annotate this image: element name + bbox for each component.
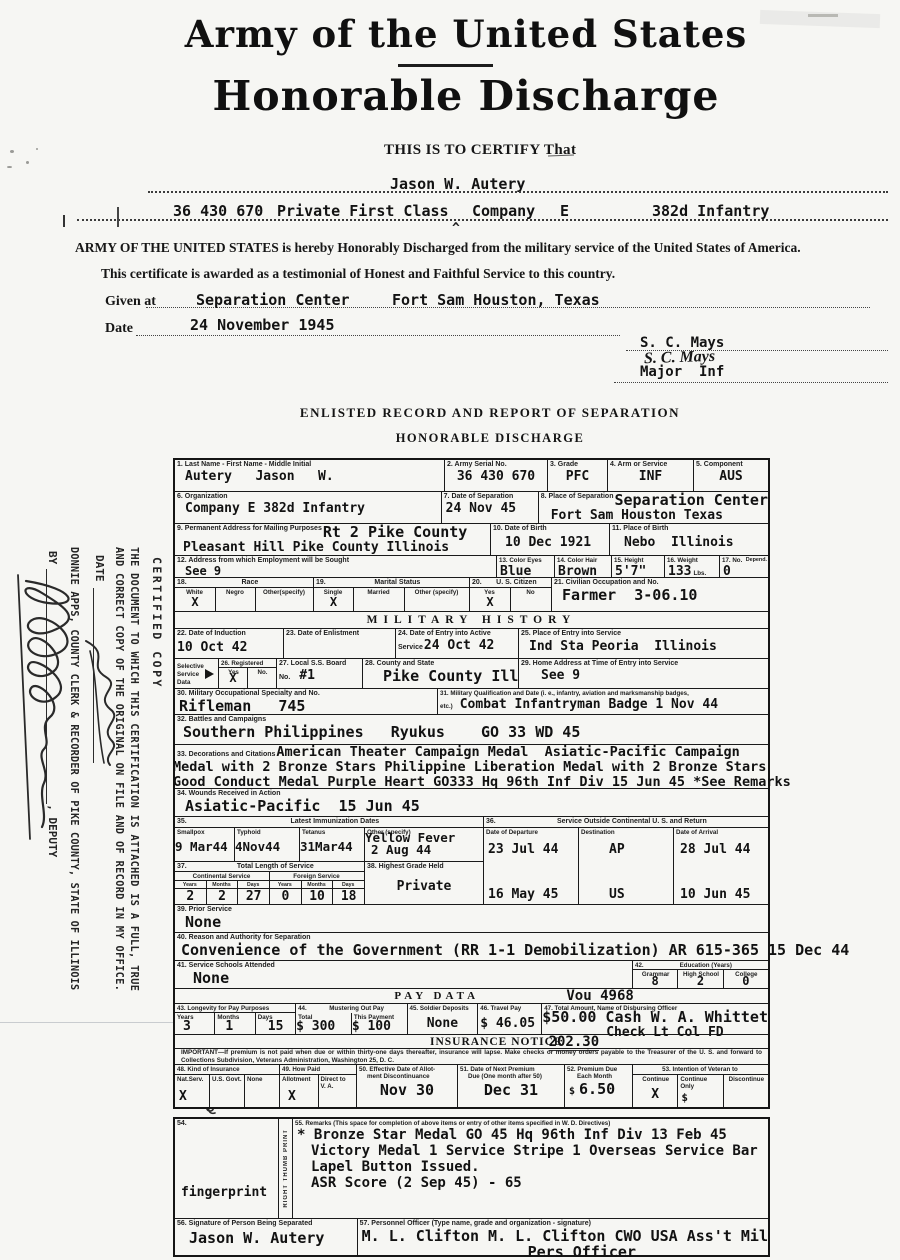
box44-title: Mustering Out Pay [308, 1004, 407, 1013]
box42-college-value: 0 [742, 976, 749, 986]
title-divider [398, 64, 493, 67]
box2-serial-no: 2. Army Serial No. 36 430 670 [445, 460, 548, 491]
box42-col-college: College 0 [724, 970, 768, 988]
box44-col-total: Total $ 300 [296, 1013, 352, 1034]
box43-col-months: Months 1 [215, 1013, 255, 1034]
given-at-rule [146, 307, 870, 308]
box48-label: 48. Kind of Insurance [175, 1065, 279, 1075]
box14-label: 14. Color Hair [555, 556, 611, 564]
box48-kind-insurance: 48. Kind of Insurance Nat.Serv. X U.S. G… [175, 1065, 280, 1107]
box19-number: 19. [314, 578, 327, 587]
box48-col-usgovt: U.S. Govt. [210, 1075, 245, 1107]
box24-value: 24 Oct 42 [424, 638, 494, 653]
box42-grammar-value: 8 [652, 976, 659, 986]
box50-value: Nov 30 [357, 1082, 457, 1098]
box19-title: Marital Status [327, 578, 469, 587]
box24-entry-active-service: 24. Date of Entry into Active Service 24… [396, 629, 519, 658]
service-grade: Private First Class [277, 202, 449, 220]
box4-label: 4. Arm or Service [608, 460, 693, 469]
box20-title: U. S. Citizen [483, 578, 551, 587]
box33-label: 33. Decorations and Citations [175, 750, 276, 759]
box49-allotment-label: Allotment [280, 1075, 312, 1083]
box45-value: None [408, 1016, 478, 1031]
box15-label: 15. Height [612, 556, 664, 564]
box37-days1-label: Days [238, 881, 270, 888]
box36-destination-r1: AP [579, 842, 625, 857]
box37-continental-label: Continental Service [175, 872, 270, 880]
box55-line2: Victory Medal 1 Service Stripe 1 Oversea… [293, 1143, 768, 1159]
box36-col-arrival: Date of Arrival 28 Jul 44 10 Jun 45 [674, 828, 768, 904]
box20-us-citizen: 20. U. S. Citizen Yes X No [470, 578, 552, 611]
box37-continental-months: 2 [207, 889, 239, 904]
box37-number: 37. [175, 862, 188, 871]
box42-col-grammar: Grammar 8 [633, 970, 678, 988]
box54-fingerprint-note: fingerprint [175, 1185, 278, 1200]
box18-white-mark: X [191, 596, 198, 608]
box53-col-continue: Continue X [633, 1075, 678, 1107]
box55-line4: ASR Score (2 Sep 45) - 65 [293, 1175, 768, 1191]
pen-caret: ^ [452, 221, 460, 236]
box10-date-of-birth: 10. Date of Birth 10 Dec 1921 [491, 524, 610, 555]
certificate-title: Army of the United States [116, 12, 816, 56]
box37-continental-years: 2 [175, 889, 207, 904]
ss-label2: Service [175, 670, 205, 678]
box48-col-natserv: Nat.Serv. X [175, 1075, 210, 1107]
box46-label: 46. Travel Pay [478, 1004, 541, 1012]
box24-label: 24. Date of Entry into Active [396, 629, 518, 638]
box14-color-hair: 14. Color Hair Brown [555, 556, 612, 577]
box57-personnel-officer: 57. Personnel Officer (Type name, grade … [358, 1219, 768, 1255]
box33-line1: American Theater Campaign Medal Asiatic-… [276, 745, 739, 760]
box23-date-enlistment: 23. Date of Enlistment [284, 629, 396, 658]
box19-other-label: Other (specify) [415, 588, 460, 596]
box37-years1-label: Years [175, 881, 207, 888]
box36-arrival-label: Date of Arrival [674, 828, 719, 836]
box35-smallpox-label: Smallpox [175, 828, 206, 836]
box50-label2: ment Discontinuance [357, 1072, 457, 1080]
box54-thumbprint-area: 54. fingerprint [175, 1119, 279, 1218]
box35-number: 35. [175, 817, 188, 827]
box31-label2: etc.) [438, 702, 454, 710]
box56-label: 56. Signature of Person Being Separated [175, 1219, 357, 1228]
box43-months-value: 1 [215, 1019, 233, 1034]
box13-value: Blue [497, 564, 554, 579]
box36-service-outside: 36. Service Outside Continental U. S. an… [484, 817, 768, 904]
box27-value: #1 [291, 668, 315, 683]
remarks-signature-block: 54. fingerprint RIGHT THUMB PRINT 55. Re… [173, 1117, 770, 1257]
box22-date-induction: 22. Date of Induction 10 Oct 42 [175, 629, 284, 658]
important-text: IMPORTANT—If premium is not paid when du… [175, 1049, 768, 1064]
box38-value: Private [365, 879, 483, 894]
box17-label2: Depend. [744, 556, 768, 564]
box17-value: 0 [720, 564, 768, 579]
box51-value: Dec 31 [458, 1082, 564, 1098]
right-thumb-print-label: RIGHT THUMB PRINT [283, 1129, 289, 1208]
box30-mos: 30. Military Occupational Specialty and … [175, 689, 438, 714]
box36-number: 36. [484, 817, 497, 827]
box9-value-line1: Rt 2 Pike County [323, 524, 468, 540]
box25-place-entry: 25. Place of Entry into Service Ind Sta … [519, 629, 768, 658]
box11-label: 11. Place of Birth [610, 524, 768, 533]
box4-value: INF [608, 469, 693, 484]
certificate-subtitle: Honorable Discharge [116, 72, 816, 120]
box28-county-state: 28. County and State Pike County Ill [363, 659, 519, 688]
box18-race: 18. Race White X Negro Other(specify) [175, 578, 314, 611]
box5-component: 5. Component AUS [694, 460, 768, 491]
name-rule [148, 191, 888, 193]
box35-col-tetanus: Tetanus 31Mar44 [300, 828, 365, 861]
box18-negro-label: Negro [226, 588, 245, 596]
box55-line1: * Bronze Star Medal GO 45 Hq 96th Inf Di… [293, 1127, 768, 1143]
box26-col-no: No. [248, 668, 276, 688]
box36-arrival-r2: 10 Jun 45 [674, 887, 750, 902]
box21-value: Farmer 3-06.10 [552, 587, 768, 603]
box36-title: Service Outside Continental U. S. and Re… [497, 817, 768, 827]
box49-direct-label2: V. A. [319, 1082, 335, 1090]
pay-data-voucher: Vou 4968 [566, 989, 633, 1004]
box20-yes-mark: X [486, 596, 493, 608]
box5-label: 5. Component [694, 460, 768, 469]
box4-arm-service: 4. Arm or Service INF [608, 460, 694, 491]
box35-smallpox-value: 9 Mar44 [175, 839, 228, 854]
box36-col-destination: Destination AP US [579, 828, 674, 904]
date-label: Date [105, 321, 133, 337]
box48-natserv-mark: X [175, 1089, 187, 1104]
box44-number: 44. [296, 1004, 308, 1013]
box43-label: 43. Longevity for Pay Purposes [175, 1004, 295, 1013]
box55-label: 55. Remarks (This space for completion o… [293, 1119, 768, 1127]
box53-col-continue-only: Continue Only $ [678, 1075, 723, 1107]
box25-label: 25. Place of Entry into Service [519, 629, 768, 638]
box57-line1: M. L. Clifton M. L. Clifton CWO USA Ass'… [358, 1228, 768, 1244]
box31-value: Combat Infantryman Badge 1 Nov 44 [454, 697, 718, 712]
box3-value: PFC [548, 469, 607, 484]
box35-other-value2: 2 Aug 44 [365, 844, 431, 856]
military-history-title: MILITARY HISTORY [367, 614, 577, 626]
insurance-notice-title: INSURANCE NOTICE [430, 1036, 563, 1048]
box26-yes-mark: X [229, 673, 236, 683]
box22-value: 10 Oct 42 [175, 640, 283, 655]
box9-value-line2: Pleasant Hill Pike County Illinois [175, 540, 490, 555]
selective-service-data-cell: Selective Service Data [175, 659, 219, 688]
box35-typhoid-value: 4Nov44 [235, 839, 280, 854]
box19-col-other: Other (specify) [405, 588, 469, 611]
box51-next-premium-due: 51. Date of Next Premium Due (One month … [458, 1065, 565, 1107]
box54-number: 54. [175, 1119, 278, 1128]
box40-reason-separation: 40. Reason and Authority for Separation … [175, 933, 849, 960]
box56-value: Jason W. Autery [175, 1230, 357, 1246]
box37-months2-label: Months [302, 881, 334, 888]
box36-departure-label: Date of Departure [484, 828, 539, 836]
box13-label: 13. Color Eyes [497, 556, 554, 564]
handwritten-signature-scrawl [10, 563, 142, 893]
box9-mailing-address: 9. Permanent Address for Mailing Purpose… [175, 524, 491, 555]
box49-col-direct: Direct to V. A. [319, 1075, 357, 1107]
box2-label: 2. Army Serial No. [445, 460, 547, 469]
box12-label: 12. Address from which Employment will b… [175, 556, 496, 565]
box14-value: Brown [555, 564, 611, 579]
insurance-important-notice: IMPORTANT—If premium is not paid when du… [175, 1049, 768, 1064]
date-rule [136, 335, 620, 336]
box40-value: Convenience of the Government (RR 1-1 De… [175, 942, 849, 958]
box35-col-typhoid: Typhoid 4Nov44 [235, 828, 300, 861]
box19-marital-status: 19. Marital Status Single X Married Othe… [314, 578, 470, 611]
box35-title: Latest Immunization Dates [188, 817, 483, 827]
box35-col-smallpox: Smallpox 9 Mar44 [175, 828, 235, 861]
signature-rank-rule [614, 382, 888, 383]
box37-months1-label: Months [207, 881, 239, 888]
box15-value: 5'7" [612, 564, 664, 579]
box24-label2: Service [396, 643, 424, 652]
service-regiment: 382d Infantry [652, 202, 769, 220]
box26-col-yes: Yes X [219, 668, 248, 688]
box18-other-label: Other(specify) [263, 588, 306, 596]
box8-place-separation: 8. Place of Separation Separation Center… [539, 492, 768, 523]
box25-value: Ind Sta Peoria Illinois [519, 639, 768, 654]
box55-remarks: 55. Remarks (This space for completion o… [293, 1119, 768, 1218]
box43-days-value: 15 [256, 1019, 284, 1034]
box12-employment-address: 12. Address from which Employment will b… [175, 556, 497, 577]
box49-how-paid: 49. How Paid Allotment X Direct to V. A. [280, 1065, 357, 1107]
box6-label: 6. Organization [175, 492, 441, 501]
box51-label2: Due (One month after 50) [458, 1072, 564, 1080]
box27-label: 27. Local S.S. Board [277, 659, 362, 668]
box19-married-label: Married [367, 588, 390, 596]
box16-label: 16. Weight [665, 556, 719, 564]
box10-label: 10. Date of Birth [491, 524, 609, 533]
box41-value: None [175, 970, 632, 986]
testimonial-statement: This certificate is awarded as a testimo… [101, 266, 615, 282]
box8-label: 8. Place of Separation [539, 492, 615, 501]
box53-continue-mark: X [651, 1087, 659, 1102]
box48-usgovt-label: U.S. Govt. [210, 1075, 243, 1083]
box34-value: Asiatic-Pacific 15 Jun 45 [175, 798, 768, 814]
box41-service-schools: 41. Service Schools Attended None [175, 961, 633, 988]
service-rule [77, 219, 888, 221]
box35-tetanus-label: Tetanus [300, 828, 326, 836]
scan-speck [10, 150, 14, 153]
box39-prior-service: 39. Prior Service None [175, 905, 768, 932]
box36-destination-label: Destination [579, 828, 616, 836]
box38-highest-grade: 38. Highest Grade Held Private [365, 862, 483, 904]
box1-value: Autery Jason W. [175, 469, 444, 484]
box19-col-single: Single X [314, 588, 354, 611]
pay-data-band: PAY DATA Vou 4968 [175, 989, 768, 1004]
scanned-discharge-document: Army of the United States Honorable Disc… [0, 0, 900, 1260]
box29-value: See 9 [519, 668, 768, 683]
box7-label: 7. Date of Separation [442, 492, 538, 501]
box37-total-length-service: 37. Total Length of Service Continental … [175, 862, 365, 904]
right-thumb-print-strip: RIGHT THUMB PRINT [279, 1119, 293, 1218]
box27-label2: No. [277, 673, 291, 682]
ss-label3: Data [175, 678, 205, 686]
box50-allotment-discontinuance: 50. Effective Date of Allot- ment Discon… [357, 1065, 458, 1107]
box37-foreign-years: 0 [270, 889, 302, 904]
box23-label: 23. Date of Enlistment [284, 629, 395, 638]
box42-education: 42. Education (Years) Grammar 8 High Sch… [633, 961, 768, 988]
box46-value: $ 46.05 [478, 1016, 541, 1031]
box11-place-of-birth: 11. Place of Birth Nebo Illinois [610, 524, 768, 555]
box30-value: Rifleman 745 [175, 698, 437, 714]
box48-col-none: None [245, 1075, 279, 1107]
box47-total-amount: 47. Total Amount, Name of Disbursing Off… [542, 1004, 768, 1034]
box16-value: 133 [665, 564, 691, 579]
box38-label: 38. Highest Grade Held [365, 862, 483, 871]
selective-service-arrow-icon [205, 669, 214, 679]
box35-immunization: 35. Latest Immunization Dates Smallpox 9… [175, 817, 483, 862]
box36-departure-r1: 23 Jul 44 [484, 842, 558, 857]
box44-total-value: $ 300 [296, 1019, 335, 1034]
box7-value: 24 Nov 45 [442, 501, 538, 516]
military-history-band: MILITARY HISTORY [175, 612, 768, 629]
box32-value: Southern Philippines Ryukus GO 33 WD 45 [175, 724, 768, 740]
box27-local-board: 27. Local S.S. Board No. #1 [277, 659, 363, 688]
box37-continental-days: 27 [238, 889, 270, 904]
box17-label: 17. No. [720, 556, 743, 564]
box19-single-mark: X [330, 596, 337, 608]
box18-col-other: Other(specify) [256, 588, 313, 611]
box52-dollar-sign: $ [565, 1084, 575, 1099]
box49-allotment-mark: X [280, 1089, 296, 1104]
box48-none-label: None [245, 1075, 263, 1083]
box29-home-address: 29. Home Address at Time of Entry into S… [519, 659, 768, 688]
box52-value: 6.50 [575, 1081, 615, 1097]
box33-line2: Medal with 2 Bronze Stars Philippine Lib… [173, 760, 791, 775]
scan-speck [7, 166, 12, 168]
box56-signature-separated: 56. Signature of Person Being Separated … [175, 1219, 358, 1255]
insurance-notice-band: INSURANCE NOTICE 202.30 [175, 1035, 768, 1049]
box43-col-years: Years 3 [175, 1013, 215, 1034]
box8-value-line2: Fort Sam Houston Texas [539, 508, 768, 523]
box15-height: 15. Height 5'7" [612, 556, 665, 577]
box37-years2-label: Years [270, 881, 302, 888]
box52-premium-due: 52. Premium Due Each Month $ 6.50 [565, 1065, 633, 1107]
box46-travel-pay: 46. Travel Pay $ 46.05 [478, 1004, 542, 1034]
box20-no-label: No [526, 588, 535, 596]
box19-col-married: Married [354, 588, 405, 611]
box2-value: 36 430 670 [445, 469, 547, 484]
box53-intention-veteran: 53. Intention of Veteran to Continue X C… [633, 1065, 768, 1107]
box34-wounds: 34. Wounds Received in Action Asiatic-Pa… [175, 789, 768, 816]
box43-longevity: 43. Longevity for Pay Purposes Years 3 M… [175, 1004, 296, 1034]
box53-continue-only-dollar: $ [678, 1090, 688, 1105]
box39-value: None [175, 914, 768, 930]
box11-value: Nebo Illinois [610, 535, 768, 550]
box45-label: 45. Soldier Deposits [408, 1004, 478, 1012]
box37-days2-label: Days [333, 881, 364, 888]
box36-departure-r2: 16 May 45 [484, 887, 558, 902]
scan-speck [36, 148, 38, 150]
box35-typhoid-label: Typhoid [235, 828, 262, 836]
box16-weight: 16. Weight 133 Lbs. [665, 556, 720, 577]
pen-tick [117, 207, 119, 227]
pay-data-title: PAY DATA [394, 990, 479, 1002]
box28-value: Pike County Ill [363, 668, 518, 684]
box33-decorations: 33. Decorations and Citations American T… [175, 745, 791, 788]
box57-line2: Pers Officer [358, 1244, 768, 1260]
box45-soldier-deposits: 45. Soldier Deposits None [408, 1004, 479, 1034]
box32-battles-campaigns: 32. Battles and Campaigns Southern Phili… [175, 715, 768, 744]
box42-title: Education (Years) [645, 961, 768, 969]
box7-date-separation: 7. Date of Separation 24 Nov 45 [442, 492, 539, 523]
box8-value-line1: Separation Center [614, 492, 768, 508]
box42-number: 42. [633, 961, 645, 969]
box20-number: 20. [470, 578, 483, 587]
box35-tetanus-value: 31Mar44 [300, 839, 353, 854]
box6-value: Company E 382d Infantry [175, 501, 441, 516]
box53-label: 53. Intention of Veteran to [633, 1065, 768, 1075]
honorable-discharge-heading: HONORABLE DISCHARGE [90, 431, 890, 446]
service-company-letter: E [560, 202, 569, 220]
box53-col-discontinue: Discontinue [724, 1075, 768, 1107]
box31-military-qualification: 31. Military Qualification and Date (i. … [438, 689, 768, 714]
box5-value: AUS [694, 469, 768, 484]
immunization-service-length-block: 35. Latest Immunization Dates Smallpox 9… [175, 817, 484, 904]
box10-value: 10 Dec 1921 [491, 535, 609, 550]
box16-unit: Lbs. [691, 569, 707, 577]
box18-title: Race [188, 578, 313, 587]
certified-copy-stamp: CERTIFIED COPY THE DOCUMENT TO WHICH THI… [8, 545, 168, 1170]
box43-col-days: Days 15 [256, 1013, 295, 1034]
separation-form: 1. Last Name - First Name - Middle Initi… [173, 458, 770, 1109]
box26-registered: 26. Registered Yes X No. [219, 659, 277, 688]
box13-color-eyes: 13. Color Eyes Blue [497, 556, 555, 577]
box12-value: See 9 [175, 565, 496, 577]
box33-line3: Good Conduct Medal Purple Heart GO333 Hq… [173, 775, 791, 790]
date-value: 24 November 1945 [190, 316, 335, 334]
box39-label: 39. Prior Service [175, 905, 768, 914]
box6-organization: 6. Organization Company E 382d Infantry [175, 492, 442, 523]
box21-civilian-occupation: 21. Civilian Occupation and No. Farmer 3… [552, 578, 768, 611]
box37-title: Total Length of Service [188, 862, 364, 871]
box42-col-highschool: High School 2 [678, 970, 723, 988]
box55-line3: Lapel Button Issued. [293, 1159, 768, 1175]
box47-line1: $50.00 Cash W. A. Whittet [542, 1009, 768, 1025]
box53-continue-only-label2: Only [678, 1082, 695, 1090]
signature-rank: Major Inf [640, 364, 724, 380]
box31-label: 31. Military Qualification and Date (i. … [438, 689, 768, 697]
box49-label: 49. How Paid [280, 1065, 356, 1075]
box1-last-name: 1. Last Name - First Name - Middle Initi… [175, 460, 445, 491]
box42-highschool-value: 2 [697, 976, 704, 986]
box3-grade: 3. Grade PFC [548, 460, 608, 491]
box53-discontinue-label: Discontinue [727, 1075, 765, 1083]
box18-number: 18. [175, 578, 188, 587]
box20-col-no: No [511, 588, 551, 611]
scan-speck [26, 161, 29, 164]
box43-years-value: 3 [175, 1019, 191, 1034]
box36-destination-r2: US [579, 887, 625, 902]
enlisted-record-heading: ENLISTED RECORD AND REPORT OF SEPARATION [90, 405, 890, 421]
box18-col-white: White X [175, 588, 216, 611]
box49-col-allotment: Allotment X [280, 1075, 319, 1107]
stamp-certified-copy: CERTIFIED COPY [150, 557, 164, 1170]
box37-foreign-months: 10 [302, 889, 334, 904]
box48-natserv-label: Nat.Serv. [175, 1075, 204, 1083]
service-serial: 36 430 670 [173, 202, 263, 220]
box26-no-label: No. [256, 668, 269, 676]
box29-label: 29. Home Address at Time of Entry into S… [519, 659, 768, 668]
box44-col-payment: This Payment $ 100 [352, 1013, 407, 1034]
box52-label2: Each Month [565, 1072, 632, 1080]
box17-dependents: 17. No. Depend. 0 [720, 556, 768, 577]
box37-foreign-label: Foreign Service [270, 872, 364, 880]
box36-col-departure: Date of Departure 23 Jul 44 16 May 45 [484, 828, 579, 904]
box3-label: 3. Grade [548, 460, 607, 469]
box35-col-other: Other (specify) Yellow Fever 2 Aug 44 [365, 828, 483, 861]
discharge-statement: ARMY OF THE UNITED STATES is hereby Hono… [75, 240, 801, 256]
box53-continue-label: Continue [640, 1075, 670, 1083]
